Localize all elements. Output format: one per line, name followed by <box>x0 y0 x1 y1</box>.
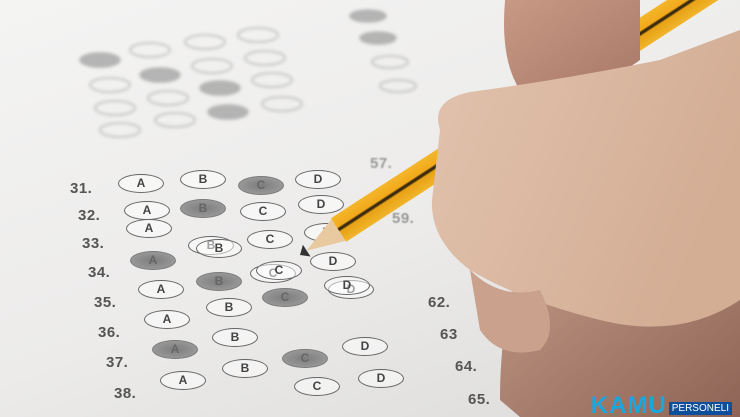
watermark-sub-text: PERSONELI <box>669 402 732 415</box>
watermark-main-text: KAMU <box>591 395 667 417</box>
hand <box>0 0 740 417</box>
watermark-logo: KAMU PERSONELI <box>591 393 732 417</box>
